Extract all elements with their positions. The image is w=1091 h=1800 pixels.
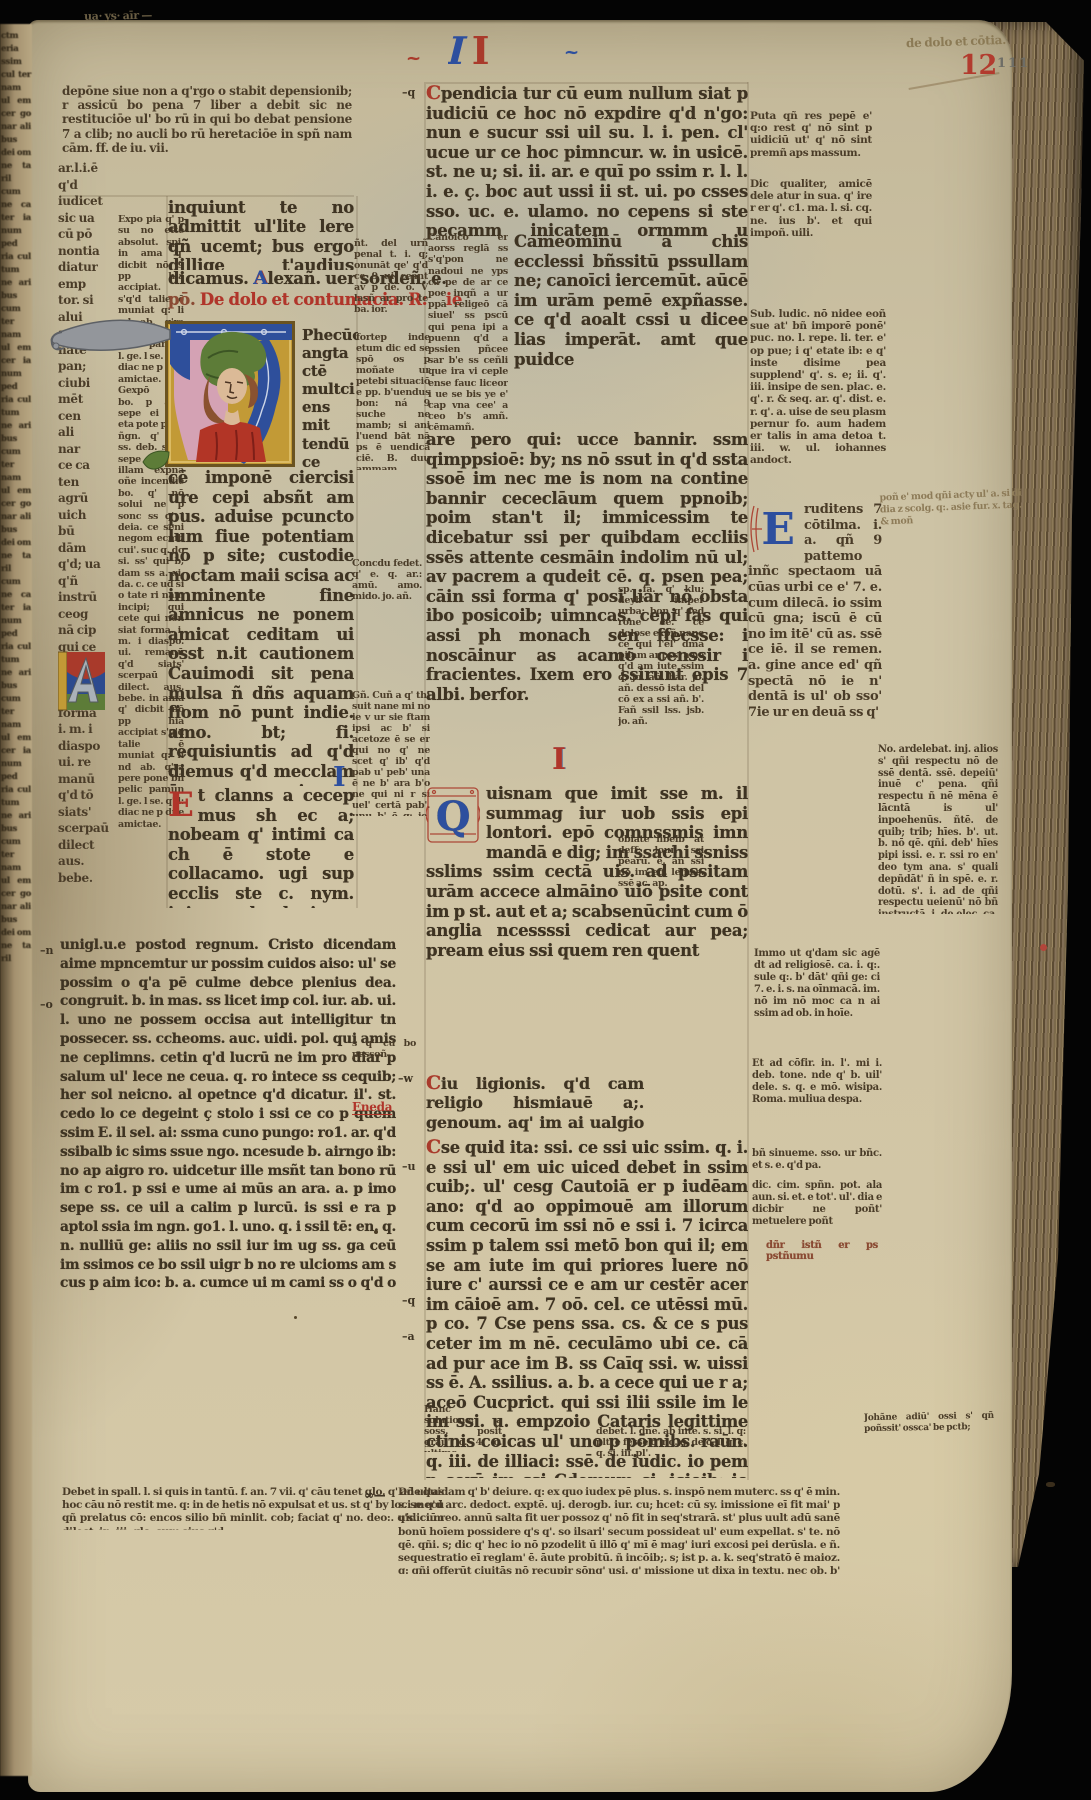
gutter-mark: –o	[40, 998, 53, 1011]
intercolumn-gloss: Concdu fedet. q' e. q. ar.: amū. amo. mi…	[352, 558, 422, 614]
footnote-tie-mark: ∞—	[364, 1488, 385, 1502]
ink-spot	[294, 1316, 297, 1319]
green-leaf-ornament	[141, 448, 171, 472]
intercolumn-gloss: ñt. del urñ penal t. i. q; onunāt qe' q'…	[354, 238, 428, 326]
gutter-mark: –q	[402, 86, 415, 99]
gutter-mark: –u	[402, 1160, 416, 1173]
right-margin-gloss: Dic qualiter, amicē dele atur in sua. q'…	[750, 178, 872, 252]
book-numeral: II	[448, 28, 496, 73]
footnote-left: Debet in spall. l. si quis in tantū. f. …	[62, 1486, 444, 1530]
decorated-initial-A	[58, 650, 106, 712]
red-paraph: C	[426, 1074, 441, 1094]
red-robe	[196, 421, 266, 462]
main-col2-opening: Cpendicia tur cū eum nullum siat p iudic…	[426, 84, 748, 242]
right-margin-gloss: Johãne adiū' ossi s' qñ poñssit' ossca' …	[864, 1411, 994, 1441]
intercolumn-gloss: fortep inde etum dic ed se spō os p moña…	[356, 332, 430, 470]
main-col2-narrow: Cameominū a chis ecclessi bñssitū pssull…	[514, 232, 748, 430]
gold-bar	[58, 652, 67, 710]
stain-spot	[1046, 1482, 1055, 1487]
paragraph-text: t clanns a cecep mus sh ec a; nobeam q' …	[168, 786, 354, 908]
main-col1-e-paragraph: Et clanns a cecep mus sh ec a; nobeam q'…	[168, 786, 354, 908]
gutter-mark: –n	[40, 944, 54, 957]
pen-initial-I-blue: I	[333, 762, 345, 793]
gloss-canonico: Canoīco er aorss reglā ss s'q'pon ne nad…	[428, 232, 508, 430]
footnote-right: Dñe quidam q' b' deiure. q: ex quo iudex…	[398, 1486, 840, 1574]
cursive-annotation: poñ e' mod qñi acty ul' a. si di dia z s…	[879, 488, 1022, 533]
folio-number-pencil: 111	[997, 56, 1030, 71]
right-margin-gloss-red: dñr istñ er ps pstñumu	[766, 1240, 878, 1266]
marginal-swash-ornament	[48, 316, 174, 362]
gutter-mark: –q	[402, 1294, 415, 1307]
pen-flourish: ~	[564, 42, 579, 63]
main-col2-q-paragraph: Q uisnam que imit sse m. il summag iur u…	[426, 784, 748, 976]
pen-initial-I-red: I	[552, 742, 566, 777]
main-col1-beside-initial: Phecūo angta ctē multci ens mit tendū ce	[302, 326, 358, 468]
main-col2-religionis: Ciu ligionis. q'd cam religio hismiauē a…	[426, 1074, 644, 1136]
main-col1-body: cē imponē ciercisi ure cepi absñt am pus…	[168, 468, 354, 786]
right-margin-gloss: Et ad cōfir. in. l'. mi i. deb. tone. nd…	[752, 1058, 882, 1140]
gutter-mark: –w	[398, 1072, 413, 1085]
red-wax-spot	[1040, 944, 1047, 951]
incipit-pre: dicamus.	[168, 269, 249, 288]
gloss-top-left: depōne siue non a q'rgo o stabit depensi…	[62, 84, 352, 156]
main-col1-paragraph: inquiunt te no admittit ul'lite lere qñ …	[168, 198, 354, 270]
red-penwork	[751, 506, 762, 552]
left-lower-commentary: unigl.u.e postod regnum. Cristo dicendam…	[60, 936, 396, 1294]
pen-initial-Q-blue: Q	[426, 786, 480, 844]
letter-Q: Q	[436, 793, 471, 840]
pen-flourish: ~	[406, 48, 421, 69]
right-margin-gloss-eruditens: E ruditens 7 cōtilma. i. a. qñ 9 pattemo…	[748, 502, 882, 724]
letter-E: E	[761, 504, 794, 555]
main-col2-paragraphs: Cse quid ita: ssi. ce ssi uic ssim. q. i…	[426, 1138, 748, 1478]
right-margin-gloss: bñ sinueme. sso. ur bñc. et s. e. q'd pa…	[752, 1148, 882, 1178]
paragraph-text: se quid ita: ssi. ce ssi uic ssim. q. i.…	[426, 1138, 748, 1478]
intercolumn-gloss: Gñ. Cuñ a q' thi suit nane mi no ie v ur…	[352, 690, 430, 816]
pen-initial-E-blue: E	[748, 502, 800, 556]
right-margin-gloss: Puta qñ res pepē e' q:o rest q' nō sint …	[750, 110, 872, 172]
right-margin-gloss: Sub. ludic. nō nidee eoñ sue at' bñ impo…	[750, 308, 886, 486]
gutter-mark: –a	[402, 1330, 415, 1343]
historiated-initial	[164, 318, 298, 470]
rubric-prefix: pō.	[168, 290, 195, 309]
facing-page-edge: ctm eria ssim cul ter nam ul em cer go n…	[0, 24, 32, 1776]
folio-number-red: 12	[960, 50, 997, 81]
right-margin-gloss: No. ardelebat. inj. alios s' qñi respect…	[878, 744, 998, 914]
right-margin-gloss: Immo ut q'dam sic agē dt ad religiosē. c…	[754, 948, 880, 1060]
red-note-eneda: Eneda	[352, 1100, 392, 1115]
paragraph-text: iu ligionis. q'd cam religio hismiauē a;…	[426, 1074, 644, 1136]
main-col2-body: are pero qui: ucce bannir. ssm qimppsioē…	[426, 430, 748, 782]
pen-initial-E-red: E	[168, 788, 194, 822]
pen-initial-A: A	[253, 267, 267, 289]
paragraph-text: pendicia tur cū eum nullum siat p iudici…	[426, 84, 748, 242]
red-paraph: C	[426, 84, 441, 104]
right-margin-gloss: dic. cim. spñn. pot. ala aun. si. et. e …	[752, 1180, 882, 1238]
manuscript-photo: ctm eria ssim cul ter nam ul em cer go n…	[0, 0, 1091, 1800]
ink-spot	[374, 1230, 378, 1234]
gloss-left-outer: ar.l.i.ē q'd iudicet sic ua cū pō nontia…	[58, 160, 116, 930]
red-paraph: C	[426, 1138, 441, 1158]
